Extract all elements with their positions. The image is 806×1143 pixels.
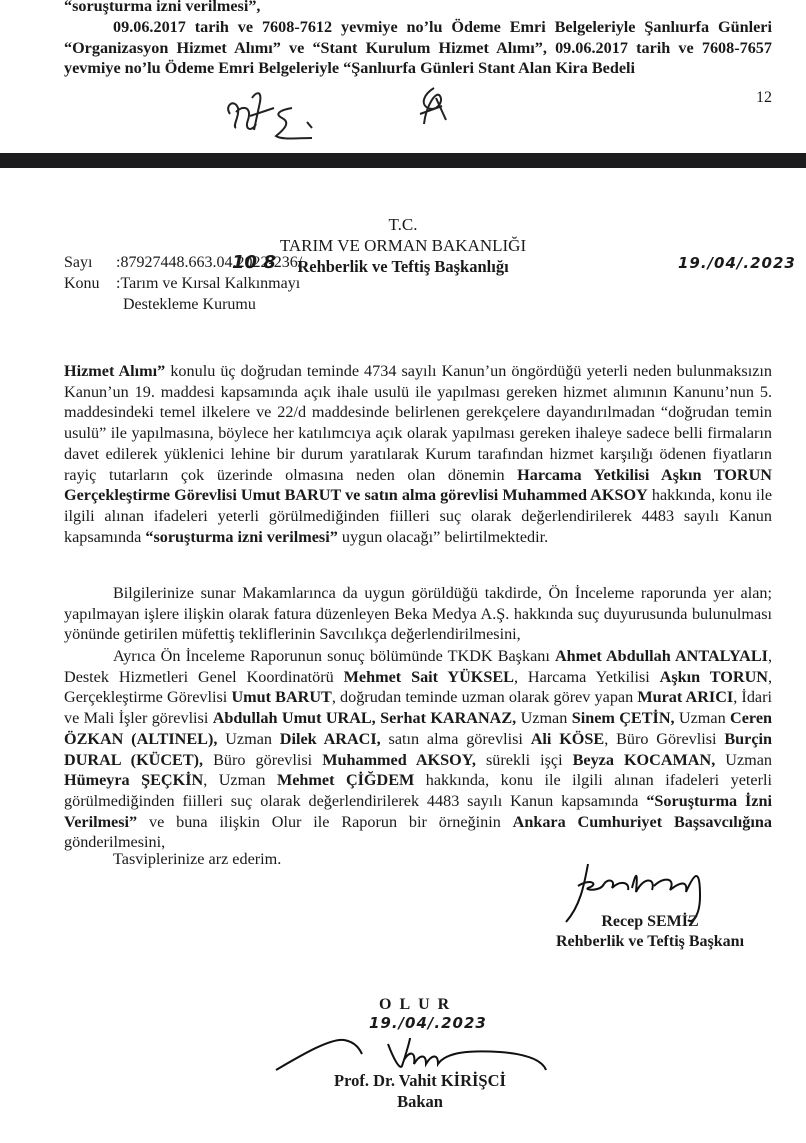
p3-text: Büro görevlisi xyxy=(203,751,322,769)
approver-name: Prof. Dr. Vahit KİRİŞCİ xyxy=(310,1071,530,1091)
header-tc: T.C. xyxy=(0,215,806,235)
person-name: Hümeyra ŞEÇKİN xyxy=(64,771,203,789)
body-paragraph-3: Ayrıca Ön İnceleme Raporunun sonuç bölüm… xyxy=(64,646,772,853)
previous-page-fragment: “soruşturma izni verilmesi”, 09.06.2017 … xyxy=(0,0,806,153)
p3-text: Ayrıca Ön İnceleme Raporunun sonuç bölüm… xyxy=(113,647,555,665)
body-paragraph-1: Hizmet Alımı” konulu üç doğrudan teminde… xyxy=(64,361,772,547)
initials-signature-3 xyxy=(414,84,454,132)
konu-value: :Tarım ve Kırsal Kalkınmayı xyxy=(116,275,300,292)
olur-label: OLUR xyxy=(379,996,457,1014)
p1-text-3: uygun olacağı” belirtilmektedir. xyxy=(338,528,548,546)
p3-text: Uzman xyxy=(675,709,730,727)
konu-row: Konu:Tarım ve Kırsal Kalkınmayı xyxy=(64,274,300,295)
person-name: Ankara Cumhuriyet Başsavcılığına xyxy=(513,813,772,831)
signer1-name: Recep SEMİZ xyxy=(560,913,740,931)
person-name: Dilek ARACI, xyxy=(280,730,381,748)
p3-text: Uzman xyxy=(217,730,279,748)
previous-page-quote: “soruşturma izni verilmesi”, xyxy=(64,0,772,17)
p3-text: ve buna ilişkin Olur ile Raporun bir örn… xyxy=(137,813,513,831)
person-name: Ahmet Abdullah ANTALYALI xyxy=(555,647,768,665)
person-name: Abdullah Umut URAL, Serhat KARANAZ, xyxy=(213,709,516,727)
previous-page-paragraph: 09.06.2017 tarih ve 7608-7612 yevmiye no… xyxy=(64,17,772,79)
approver-title: Bakan xyxy=(310,1092,530,1112)
p3-text: , Harcama Yetkilisi xyxy=(514,668,660,686)
person-name: Murat ARICI xyxy=(637,688,733,706)
konu-value-line2: Destekleme Kurumu xyxy=(123,295,256,316)
p3-text: satın alma görevlisi xyxy=(381,730,531,748)
p3-text: sürekli işçi xyxy=(476,751,573,769)
p1-bold-3: “soruşturma izni verilmesi” xyxy=(145,528,337,546)
p3-text: Uzman xyxy=(516,709,571,727)
body-paragraph-2: Bilgilerinize sunar Makamlarınca da uygu… xyxy=(64,583,772,645)
person-name: Muhammed AKSOY, xyxy=(322,751,476,769)
konu-label: Konu xyxy=(64,274,116,295)
p3-text: , Uzman xyxy=(203,771,277,789)
signer1-title: Rehberlik ve Teftiş Başkanı xyxy=(530,933,770,951)
person-name: Sinem ÇETİN, xyxy=(572,709,675,727)
p3-text: , doğrudan teminde uzman olarak görev ya… xyxy=(332,688,638,706)
p3-text: , Büro Görevlisi xyxy=(604,730,724,748)
person-name: Mehmet ÇİĞDEM xyxy=(277,771,414,789)
p1-bold-1: Hizmet Alımı” xyxy=(64,362,165,380)
page-number: 12 xyxy=(756,89,772,107)
letter-page: T.C. TARIM VE ORMAN BAKANLIĞI Rehberlik … xyxy=(0,168,806,1143)
page-divider xyxy=(0,153,806,168)
p3-text: Uzman xyxy=(715,751,772,769)
sayi-handwritten: 10 8 xyxy=(232,252,276,273)
person-name: Mehmet Sait YÜKSEL xyxy=(344,668,514,686)
letter-date: 19./04/.2023 xyxy=(678,254,796,272)
sayi-label: Sayı xyxy=(64,253,116,274)
person-name: Beyza KOCAMAN, xyxy=(573,751,716,769)
person-name: Umut BARUT xyxy=(231,688,331,706)
person-name: Aşkın TORUN xyxy=(660,668,768,686)
person-name: Ali KÖSE xyxy=(531,730,605,748)
initials-signature-2 xyxy=(262,100,322,145)
